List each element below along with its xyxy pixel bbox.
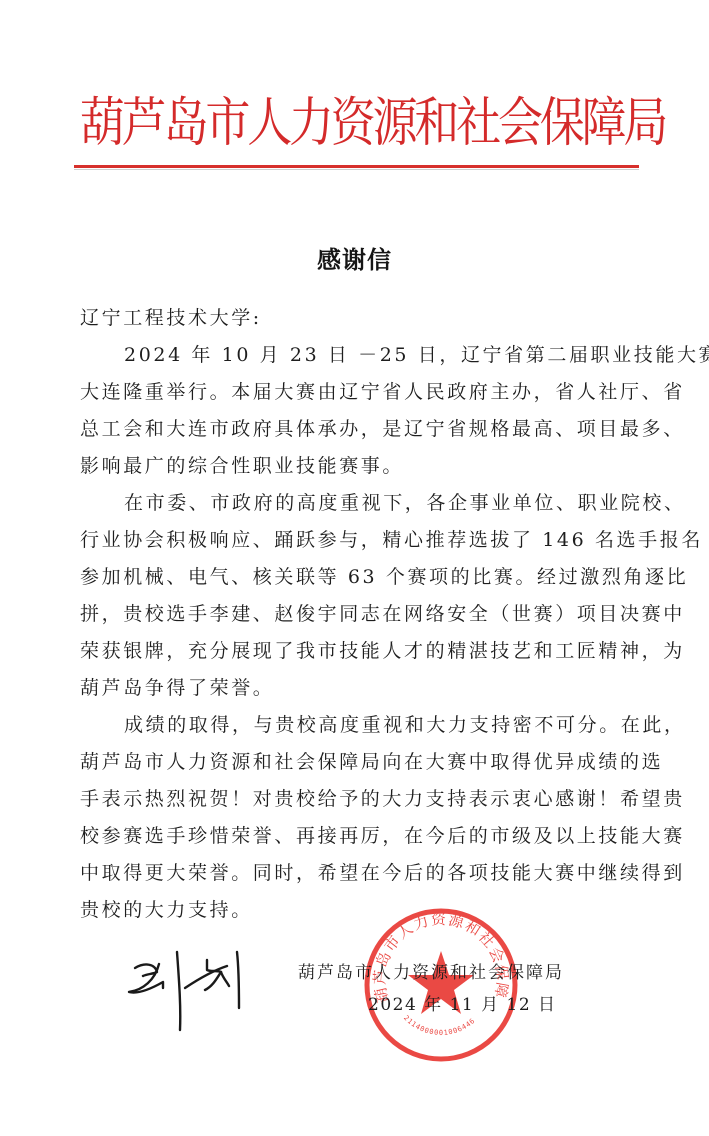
salutation: 辽宁工程技术大学: [80,300,640,337]
letter-body: 辽宁工程技术大学: 2024 年 10 月 23 日 －25 日，辽宁省第二届职… [80,300,640,929]
body-line: 行业协会积极响应、踊跃参与，精心推荐选拔了 146 名选手报名 [80,522,640,559]
body-line: 荣获银牌，充分展现了我市技能人才的精湛技艺和工匠精神，为 [80,633,640,670]
handwritten-signature [125,950,245,1050]
body-line: 大连隆重举行。本届大赛由辽宁省人民政府主办，省人社厅、省 [80,374,640,411]
body-line: 成绩的取得，与贵校高度重视和大力支持密不可分。在此， [80,707,640,744]
body-line: 中取得更大荣誉。同时，希望在今后的各项技能大赛中继续得到 [80,855,640,892]
body-line: 校参赛选手珍惜荣誉、再接再厉，在今后的市级及以上技能大赛 [80,818,640,855]
svg-text:2114000001006446: 2114000001006446 [402,1014,477,1037]
body-line: 贵校的大力支持。 [80,892,640,929]
body-line: 在市委、市政府的高度重视下，各企事业单位、职业院校、 [80,485,640,522]
body-line: 葫芦岛争得了荣誉。 [80,670,640,707]
body-line: 拼，贵校选手李建、赵俊宇同志在网络安全（世赛）项目决赛中 [80,596,640,633]
body-line: 总工会和大连市政府具体承办，是辽宁省规格最高、项目最多、 [80,411,640,448]
body-line: 葫芦岛市人力资源和社会保障局向在大赛中取得优异成绩的选 [80,744,640,781]
letterhead-rule-shadow [74,169,639,170]
letterhead-title: 葫芦岛市人力资源和社会保障局 [80,84,635,162]
body-line: 影响最广的综合性职业技能赛事。 [80,448,640,485]
signoff-org: 葫芦岛市人力资源和社会保障局 [298,958,564,983]
official-seal: 葫芦岛市人力资源和社会保障局 2114000001006446 [361,905,521,1065]
seal-code: 2114000001006446 [402,1014,477,1037]
letterhead-red-rule [74,165,639,168]
body-line: 手表示热烈祝贺！对贵校给予的大力支持表示衷心感谢！希望贵 [80,781,640,818]
signoff-date: 2024 年 11 月 12 日 [368,990,557,1015]
body-line: 2024 年 10 月 23 日 －25 日，辽宁省第二届职业技能大赛在 [80,337,640,374]
body-line: 参加机械、电气、核关联等 63 个赛项的比赛。经过激烈角逐比 [80,559,640,596]
document-title: 感谢信 [0,240,709,275]
